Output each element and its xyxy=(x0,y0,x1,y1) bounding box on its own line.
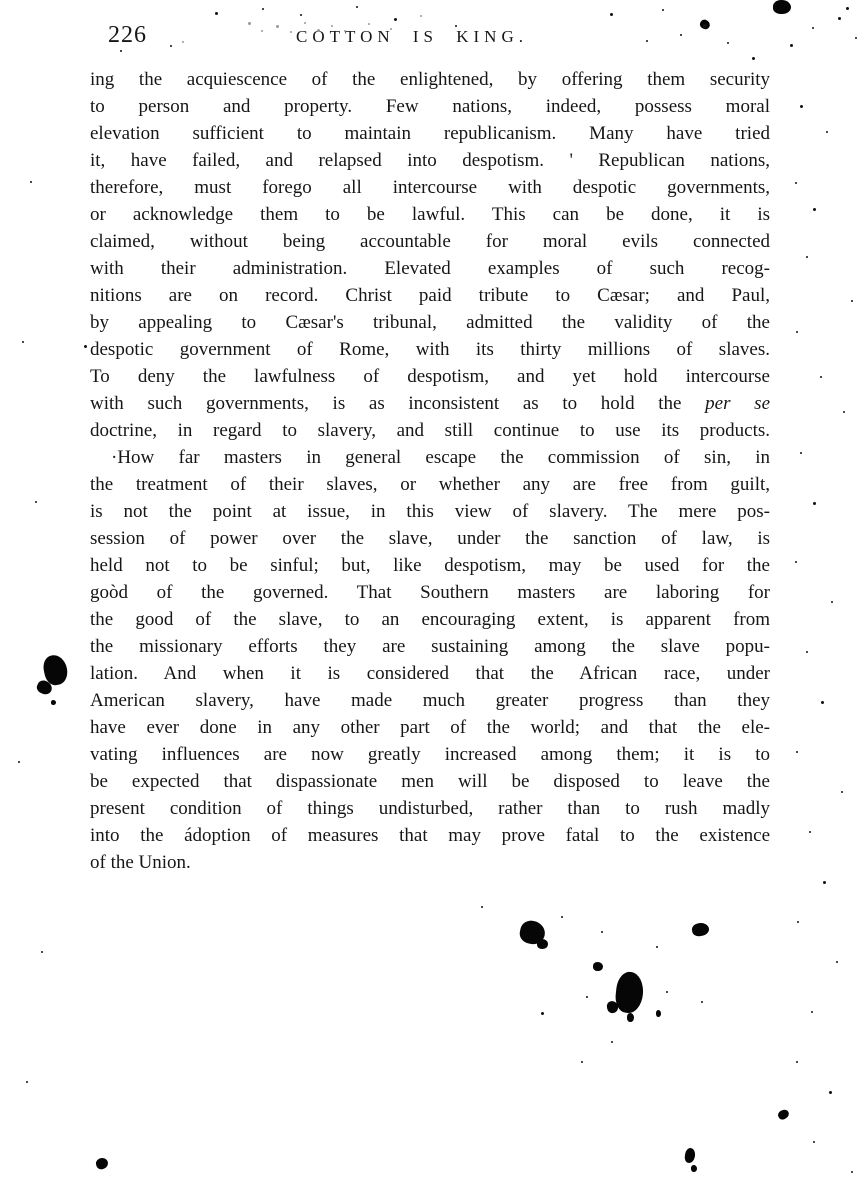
ink-speck xyxy=(752,57,755,60)
ink-speck xyxy=(300,14,302,16)
ink-blot xyxy=(776,1108,790,1121)
ink-speck xyxy=(84,345,87,348)
ink-speck xyxy=(790,44,793,47)
ink-speck xyxy=(680,34,682,36)
ink-speck xyxy=(796,1061,798,1063)
ink-speck xyxy=(855,37,857,39)
ink-speck xyxy=(586,996,588,998)
ink-speck xyxy=(843,411,845,413)
light-speck xyxy=(182,41,184,43)
text-line: is not the point at issue, in this view … xyxy=(90,498,770,525)
scanned-book-page: 226 COTTON IS KING. ing the acquiescence… xyxy=(0,0,865,1200)
ink-speck xyxy=(35,501,37,503)
ink-speck xyxy=(806,256,808,258)
ink-blot xyxy=(58,667,67,675)
light-speck xyxy=(304,22,306,24)
ink-blot xyxy=(627,1013,634,1022)
ink-speck xyxy=(356,6,358,8)
text-line: American slavery, have made much greater… xyxy=(90,687,770,714)
text-line: despotic government of Rome, with its th… xyxy=(90,336,770,363)
ink-speck xyxy=(841,791,843,793)
ink-speck xyxy=(662,9,664,11)
ink-blot xyxy=(94,1156,109,1170)
ink-speck xyxy=(646,40,648,42)
light-speck xyxy=(290,31,292,33)
ink-speck xyxy=(820,376,822,378)
light-speck xyxy=(420,15,422,17)
ink-speck xyxy=(541,1012,544,1015)
text-line: claimed, without being accountable for m… xyxy=(90,228,770,255)
ink-speck xyxy=(812,27,814,29)
text-line: it, have failed, and relapsed into despo… xyxy=(90,147,770,174)
text-line: the treatment of their slaves, or whethe… xyxy=(90,471,770,498)
ink-speck xyxy=(656,946,658,948)
light-speck xyxy=(390,28,392,30)
ink-speck xyxy=(795,561,797,563)
paragraph: ·How far masters in general escape the c… xyxy=(90,444,770,876)
ink-blot xyxy=(614,971,645,1015)
ink-blot xyxy=(684,1147,696,1164)
text-line: to person and property. Few nations, ind… xyxy=(90,93,770,120)
text-line: To deny the lawfulness of despotism, and… xyxy=(90,363,770,390)
text-line: of the Union. xyxy=(90,849,770,876)
text-line: the good of the slave, to an encouraging… xyxy=(90,606,770,633)
ink-speck xyxy=(601,931,603,933)
ink-speck xyxy=(215,12,218,15)
text-line: nitions are on record. Christ paid tribu… xyxy=(90,282,770,309)
ink-speck xyxy=(18,761,20,763)
ink-blot xyxy=(593,962,603,971)
ink-speck xyxy=(666,991,668,993)
ink-speck xyxy=(800,452,802,454)
text-line: session of power over the slave, under t… xyxy=(90,525,770,552)
ink-speck xyxy=(561,916,563,918)
ink-speck xyxy=(262,8,264,10)
ink-speck xyxy=(170,45,172,47)
ink-speck xyxy=(30,181,32,183)
ink-speck xyxy=(120,50,122,52)
light-speck xyxy=(261,30,263,32)
ink-speck xyxy=(455,25,457,27)
ink-speck xyxy=(806,651,808,653)
text-line: elevation sufficient to maintain republi… xyxy=(90,120,770,147)
text-line: by appealing to Cæsar's tribunal, admitt… xyxy=(90,309,770,336)
ink-speck xyxy=(821,701,824,704)
ink-speck xyxy=(26,1081,28,1083)
ink-speck xyxy=(809,831,811,833)
ink-speck xyxy=(394,18,397,21)
ink-speck xyxy=(838,17,841,20)
ink-speck xyxy=(796,751,798,753)
ink-speck xyxy=(846,7,849,10)
ink-speck xyxy=(701,1001,703,1003)
ink-speck xyxy=(796,331,798,333)
ink-blot xyxy=(773,0,791,14)
ink-blot xyxy=(537,939,548,949)
text-line: ·How far masters in general escape the c… xyxy=(90,444,770,471)
ink-speck xyxy=(611,1041,613,1043)
ink-speck xyxy=(851,300,853,302)
ink-blot xyxy=(691,1165,697,1172)
text-line: be expected that dispassionate men will … xyxy=(90,768,770,795)
text-line: into the ádoption of measures that may p… xyxy=(90,822,770,849)
ink-speck xyxy=(823,881,826,884)
ink-speck xyxy=(811,1011,813,1013)
text-line: have ever done in any other part of the … xyxy=(90,714,770,741)
running-header: 226 COTTON IS KING. xyxy=(0,20,865,54)
ink-speck xyxy=(581,1061,583,1063)
text-line: vating influences are now greatly increa… xyxy=(90,741,770,768)
ink-speck xyxy=(831,601,833,603)
light-speck xyxy=(331,25,333,27)
text-body: ing the acquiescence of the enlightened,… xyxy=(90,66,770,876)
light-speck xyxy=(317,29,320,32)
ink-speck xyxy=(727,42,729,44)
text-line: or acknowledge them to be lawful. This c… xyxy=(90,201,770,228)
ink-speck xyxy=(610,13,613,16)
light-speck xyxy=(368,23,370,25)
ink-speck xyxy=(481,906,483,908)
text-line: lation. And when it is considered that t… xyxy=(90,660,770,687)
text-line: ing the acquiescence of the enlightened,… xyxy=(90,66,770,93)
ink-speck xyxy=(795,182,797,184)
light-speck xyxy=(344,30,346,32)
ink-blot xyxy=(51,700,56,705)
ink-speck xyxy=(836,961,838,963)
text-line: present condition of things undisturbed,… xyxy=(90,795,770,822)
light-speck xyxy=(248,22,251,25)
paragraph: ing the acquiescence of the enlightened,… xyxy=(90,66,770,444)
text-line: with such governments, is as inconsisten… xyxy=(90,390,770,417)
ink-speck xyxy=(813,208,816,211)
text-line: the missionary efforts they are sustaini… xyxy=(90,633,770,660)
ink-speck xyxy=(829,1091,832,1094)
text-line: doctrine, in regard to slavery, and stil… xyxy=(90,417,770,444)
page-number: 226 xyxy=(108,22,147,49)
ink-blot xyxy=(656,1010,661,1017)
ink-speck xyxy=(22,341,24,343)
light-speck xyxy=(276,25,279,28)
text-line: therefore, must forego all intercourse w… xyxy=(90,174,770,201)
ink-speck xyxy=(797,921,799,923)
text-line: with their administration. Elevated exam… xyxy=(90,255,770,282)
ink-speck xyxy=(851,1171,853,1173)
text-line: held not to be sinful; but, like despoti… xyxy=(90,552,770,579)
running-title: COTTON IS KING. xyxy=(296,27,528,47)
ink-speck xyxy=(703,24,707,28)
ink-speck xyxy=(813,1141,815,1143)
ink-speck xyxy=(41,951,43,953)
text-line: goòd of the governed. That Southern mast… xyxy=(90,579,770,606)
ink-speck xyxy=(800,105,803,108)
ink-blot xyxy=(691,922,710,937)
ink-speck xyxy=(813,502,816,505)
ink-speck xyxy=(826,131,828,133)
